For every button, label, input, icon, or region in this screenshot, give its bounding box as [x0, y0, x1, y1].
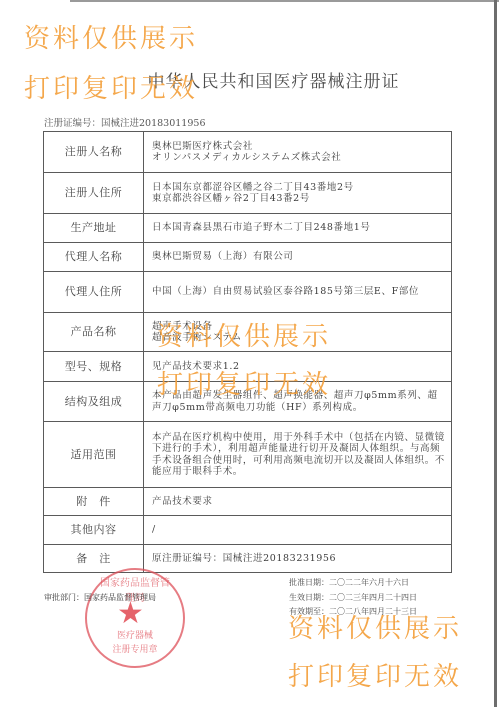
table-row: 附 件 产品技术要求: [44, 488, 452, 516]
row-label: 适用范围: [44, 422, 144, 488]
scan-top-edge: [70, 0, 499, 2]
row-label: 生产地址: [44, 214, 144, 243]
agent-name: 奥林巴斯贸易（上海）有限公司: [144, 243, 452, 272]
seal-line-2: 注册专用章: [87, 642, 183, 655]
scan-right-edge: [494, 0, 497, 707]
registrant-name: 奥林巴斯医疗株式会社 オリンパスメディカルシステムズ株式会社: [144, 132, 452, 173]
table-row: 其他内容 /: [44, 516, 452, 545]
value-line: 产品技术要求: [152, 496, 445, 508]
row-label: 结构及组成: [44, 382, 144, 422]
value-line: 東京都渋谷区幡ヶ谷2丁目43番2号: [152, 193, 445, 205]
attachments: 产品技术要求: [144, 488, 452, 516]
table-row: 注册人住所 日本国东京都涩谷区幡之谷二丁目43番地2号 東京都渋谷区幡ヶ谷2丁目…: [44, 173, 452, 214]
table-row: 注册人名称 奥林巴斯医疗株式会社 オリンパスメディカルシステムズ株式会社: [44, 132, 452, 173]
row-label: 注册人名称: [44, 132, 144, 173]
row-label: 附 件: [44, 488, 144, 516]
value-line: オリンパスメディカルシステムズ株式会社: [152, 152, 445, 164]
official-seal: 国家药品监督管理局 ★ 医疗器械 注册专用章: [85, 568, 185, 668]
watermark-display-only: 资料仅供展示: [288, 608, 462, 645]
approval-date: 批准日期：二〇二二年六月十六日: [289, 576, 417, 591]
watermark-no-copies: 打印复印无效: [288, 656, 462, 693]
table-row: 备 注 原注册证编号：国械注进20183231956: [44, 545, 452, 573]
table-row: 适用范围 本产品在医疗机构中使用，用于外科手术中（包括在内镜、显微镜下进行的手术…: [44, 422, 452, 488]
watermark-display-only: 资料仅供展示: [24, 18, 198, 55]
row-label: 代理人名称: [44, 243, 144, 272]
value-line: 本产品在医疗机构中使用，用于外科手术中（包括在内镜、显微镜下进行的手术），利用超…: [152, 432, 445, 478]
table-row: 生产地址 日本国青森县黑石市追子野木二丁目248番地1号: [44, 214, 452, 243]
watermark-display-only: 资料仅供展示: [157, 316, 331, 353]
value-line: 日本国东京都涩谷区幡之谷二丁目43番地2号: [152, 182, 445, 194]
seal-line-1: 医疗器械: [87, 628, 183, 641]
row-label: 注册人住所: [44, 173, 144, 214]
other-content: /: [144, 516, 452, 545]
value-line: 奥林巴斯医疗株式会社: [152, 141, 445, 153]
watermark-no-copies: 打印复印无效: [157, 364, 331, 401]
row-label: 代理人住所: [44, 272, 144, 313]
table-row: 代理人住所 中国（上海）自由贸易试验区泰谷路185号第三层E、F部位: [44, 272, 452, 313]
remarks: 原注册证编号：国械注进20183231956: [144, 545, 452, 573]
value-line: 日本国青森县黑石市追子野木二丁目248番地1号: [152, 222, 445, 234]
registrant-address: 日本国东京都涩谷区幡之谷二丁目43番地2号 東京都渋谷区幡ヶ谷2丁目43番2号: [144, 173, 452, 214]
scope-of-application: 本产品在医疗机构中使用，用于外科手术中（包括在内镜、显微镜下进行的手术），利用超…: [144, 422, 452, 488]
approval-department: 审批部门：国家药品监督管理局: [44, 592, 156, 603]
registration-number: 注册证编号：国械注进20183011956: [44, 115, 206, 129]
value-line: 中国（上海）自由贸易试验区泰谷路185号第三层E、F部位: [152, 286, 445, 298]
value-line: 原注册证编号：国械注进20183231956: [152, 553, 445, 565]
row-label: 产品名称: [44, 313, 144, 352]
value-line: 奥林巴斯贸易（上海）有限公司: [152, 251, 445, 263]
production-address: 日本国青森县黑石市追子野木二丁目248番地1号: [144, 214, 452, 243]
effective-date: 生效日期：二〇二三年四月二十四日: [289, 591, 417, 606]
row-label: 其他内容: [44, 516, 144, 545]
table-row: 代理人名称 奥林巴斯贸易（上海）有限公司: [44, 243, 452, 272]
watermark-no-copies: 打印复印无效: [24, 68, 198, 105]
agent-address: 中国（上海）自由贸易试验区泰谷路185号第三层E、F部位: [144, 272, 452, 313]
value-line: /: [152, 524, 445, 536]
row-label: 型号、规格: [44, 352, 144, 382]
